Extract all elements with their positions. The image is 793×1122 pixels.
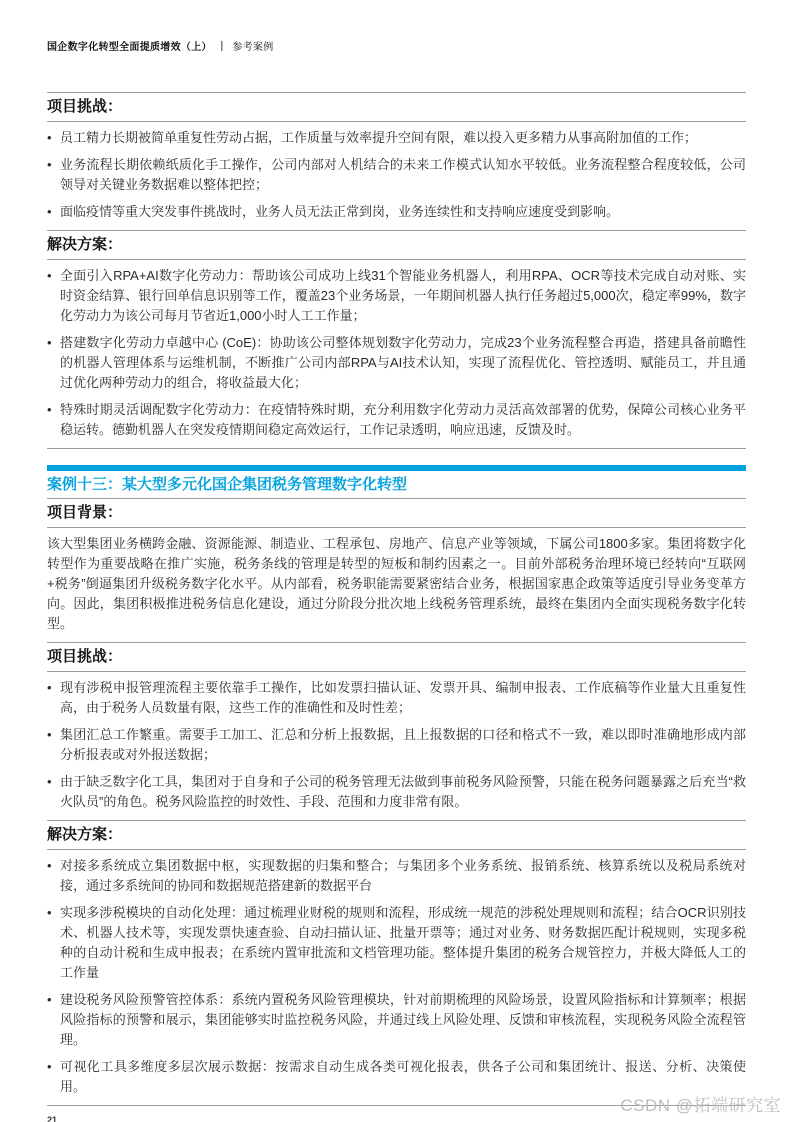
list-item: 面临疫情等重大突发事件挑战时，业务人员无法正常到岗，业务连续性和支持响应速度受到… [47,202,746,222]
divider [47,671,746,672]
document-page: 国企数字化转型全面提质增效（上） ｜ 参考案例 项目挑战： 员工精力长期被简单重… [0,0,793,1122]
section-heading-case13-solutions: 解决方案： [47,821,746,849]
list-item: 搭建数字化劳动力卓越中心 (CoE)：协助该公司整体规划数字化劳动力，完成23个… [47,333,746,393]
divider [47,849,746,850]
section-heading-case13-challenges: 项目挑战： [47,643,746,671]
doc-header: 国企数字化转型全面提质增效（上） ｜ 参考案例 [47,42,746,54]
case12-challenges-list: 员工精力长期被简单重复性劳动占据，工作质量与效率提升空间有限，难以投入更多精力从… [47,128,746,222]
list-item: 特殊时期灵活调配数字化劳动力：在疫情特殊时期，充分利用数字化劳动力灵活高效部署的… [47,400,746,440]
page-number: 21 [47,1115,746,1122]
section-heading-case12-challenges: 项目挑战： [47,93,746,121]
doc-header-separator: ｜ [217,42,227,53]
list-item: 业务流程长期依赖纸质化手工操作，公司内部对人机结合的未来工作模式认知水平较低。业… [47,155,746,195]
divider [47,121,746,122]
list-item: 集团汇总工作繁重。需要手工加工、汇总和分析上报数据，且上报数据的口径和格式不一致… [47,725,746,765]
list-item: 现有涉税申报管理流程主要依靠手工操作，比如发票扫描认证、发票开具、编制申报表、工… [47,678,746,718]
doc-header-subtitle: 参考案例 [232,42,273,53]
divider [47,259,746,260]
list-item: 实现多涉税模块的自动化处理：通过梳理业财税的规则和流程，形成统一规范的涉税处理规… [47,903,746,983]
case13-solutions-list: 对接多系统成立集团数据中枢，实现数据的归集和整合；与集团多个业务系统、报销系统、… [47,856,746,1097]
list-item: 建设税务风险预警管控体系：系统内置税务风险管理模块，针对前期梳理的风险场景，设置… [47,990,746,1050]
case13-background-paragraph: 该大型集团业务横跨金融、资源能源、制造业、工程承包、房地产、信息产业等领域，下属… [47,534,746,634]
list-item: 由于缺乏数字化工具，集团对于自身和子公司的税务管理无法做到事前税务风险预警，只能… [47,772,746,812]
case13-title: 案例十三：某大型多元化国企集团税务管理数字化转型 [47,471,746,498]
watermark: CSDN @拓端研究室 [620,1091,781,1116]
case13-challenges-list: 现有涉税申报管理流程主要依靠手工操作，比如发票扫描认证、发票开具、编制申报表、工… [47,678,746,812]
doc-header-title: 国企数字化转型全面提质增效（上） [47,42,212,53]
case13-banner: 案例十三：某大型多元化国企集团税务管理数字化转型 [47,465,746,498]
list-item: 对接多系统成立集团数据中枢，实现数据的归集和整合；与集团多个业务系统、报销系统、… [47,856,746,896]
divider [47,527,746,528]
section-heading-case12-solutions: 解决方案： [47,231,746,259]
case12-solutions-list: 全面引入RPA+AI数字化劳动力：帮助该公司成功上线31个智能业务机器人，利用R… [47,266,746,440]
list-item: 全面引入RPA+AI数字化劳动力：帮助该公司成功上线31个智能业务机器人，利用R… [47,266,746,326]
list-item: 员工精力长期被简单重复性劳动占据，工作质量与效率提升空间有限，难以投入更多精力从… [47,128,746,148]
divider [47,448,746,449]
section-heading-case13-background: 项目背景： [47,499,746,527]
